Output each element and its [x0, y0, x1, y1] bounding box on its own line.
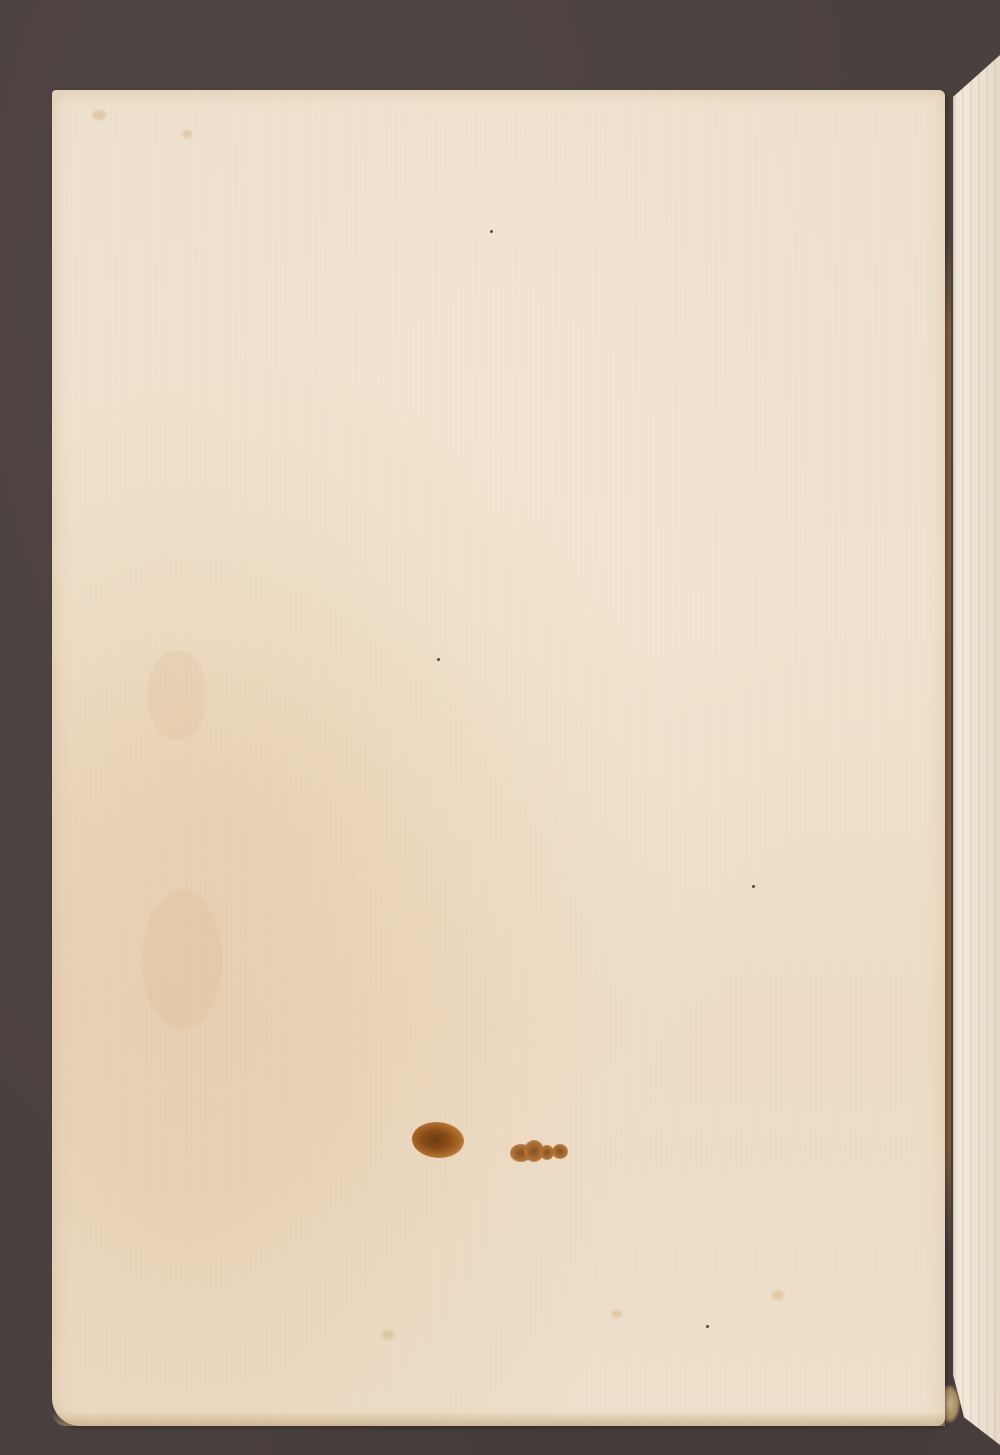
foxing-spot [92, 110, 106, 120]
paper-speck [706, 1325, 709, 1328]
foxing-spot [182, 130, 192, 138]
foxing-spot [142, 890, 222, 1030]
rust-stain-cluster [510, 1140, 568, 1166]
foxing-spot [612, 1310, 622, 1318]
binding-gutter [945, 230, 951, 1250]
foxing-spot [147, 650, 207, 740]
foxing-spot [772, 1290, 784, 1300]
blank-page-leaf [52, 90, 945, 1426]
rust-stain-large [411, 1120, 465, 1160]
paper-speck [437, 658, 440, 661]
foxing-spot [382, 1330, 394, 1340]
paper-speck [490, 230, 493, 233]
paper-speck [752, 885, 755, 888]
